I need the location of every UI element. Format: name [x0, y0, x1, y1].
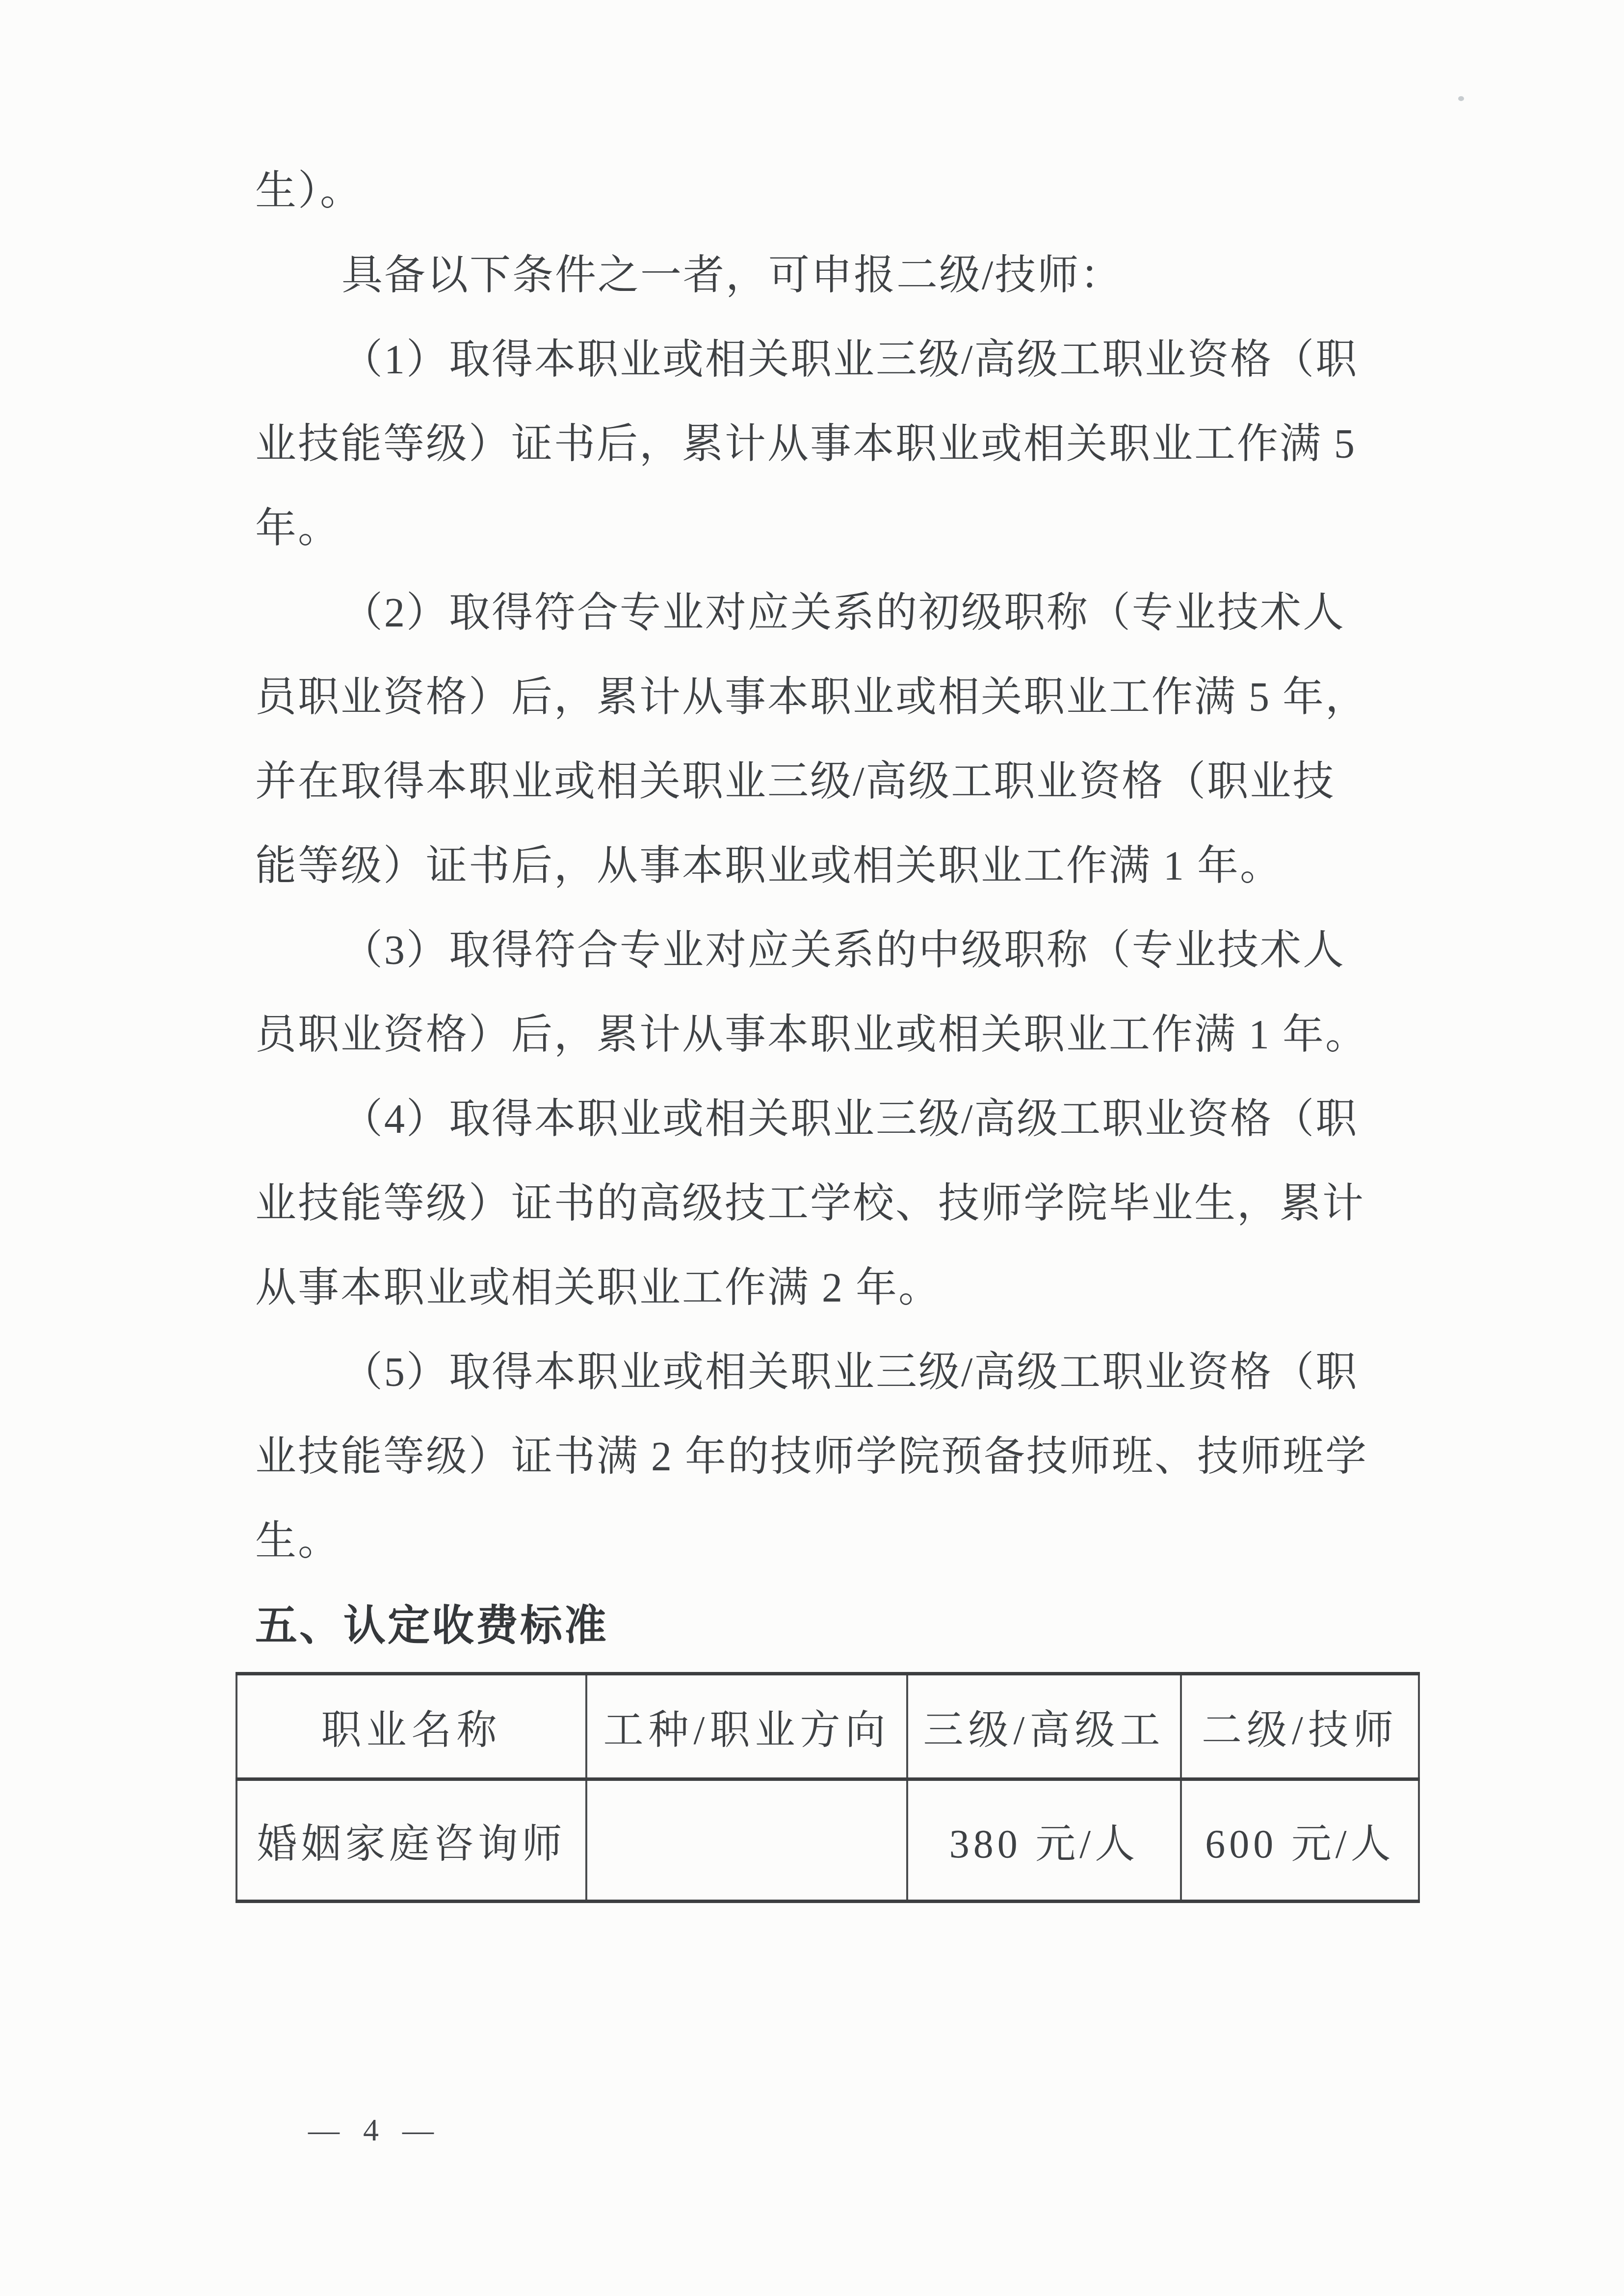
body-line: 业技能等级）证书满 2 年的技师学院预备技师班、技师班学 [255, 1415, 1374, 1499]
fee-table-header-direction: 工种/职业方向 [586, 1674, 907, 1779]
fee-table-header-level3: 三级/高级工 [907, 1674, 1181, 1779]
fee-cell-level3: 380 元/人 [907, 1779, 1181, 1902]
scan-speckle [1458, 96, 1464, 101]
body-line: 年。 [255, 487, 1374, 571]
body-line: 从事本职业或相关职业工作满 2 年。 [255, 1246, 1374, 1331]
fee-cell-occupation: 婚姻家庭咨询师 [236, 1779, 586, 1902]
body-line: 生）。 [255, 149, 1374, 234]
body-line: （1）取得本职业或相关职业三级/高级工职业资格（职 [255, 318, 1374, 402]
body-line: （5）取得本职业或相关职业三级/高级工职业资格（职 [255, 1331, 1374, 1415]
section-heading: 五、认定收费标准 [255, 1584, 1374, 1668]
body-line: 生。 [255, 1499, 1374, 1584]
body-line: 并在取得本职业或相关职业三级/高级工职业资格（职业技 [255, 740, 1374, 824]
body-line: 能等级）证书后，从事本职业或相关职业工作满 1 年。 [255, 824, 1374, 909]
fee-table-header-row: 职业名称 工种/职业方向 三级/高级工 二级/技师 [236, 1674, 1419, 1779]
body-line: 员职业资格）后，累计从事本职业或相关职业工作满 5 年， [255, 655, 1374, 740]
body-line: 业技能等级）证书的高级技工学校、技师学院毕业生，累计 [255, 1162, 1374, 1246]
page-number: — 4 — [308, 2114, 442, 2146]
body-line: （4）取得本职业或相关职业三级/高级工职业资格（职 [255, 1077, 1374, 1162]
body-line: （3）取得符合专业对应关系的中级职称（专业技术人 [255, 909, 1374, 993]
document-page: 生）。 具备以下条件之一者，可申报二级/技师： （1）取得本职业或相关职业三级/… [0, 0, 1624, 2296]
fee-table-row: 婚姻家庭咨询师 380 元/人 600 元/人 [236, 1779, 1419, 1902]
body-line: 员职业资格）后，累计从事本职业或相关职业工作满 1 年。 [255, 993, 1374, 1077]
fee-table: 职业名称 工种/职业方向 三级/高级工 二级/技师 婚姻家庭咨询师 380 元/… [236, 1672, 1420, 1903]
body-line: 具备以下条件之一者，可申报二级/技师： [255, 234, 1374, 318]
fee-table-header-occupation: 职业名称 [236, 1674, 586, 1779]
body-line: （2）取得符合专业对应关系的初级职称（专业技术人 [255, 571, 1374, 655]
body-line: 业技能等级）证书后，累计从事本职业或相关职业工作满 5 [255, 402, 1374, 487]
document-body: 生）。 具备以下条件之一者，可申报二级/技师： （1）取得本职业或相关职业三级/… [255, 149, 1374, 1903]
fee-table-header-level2: 二级/技师 [1181, 1674, 1419, 1779]
fee-cell-direction [586, 1779, 907, 1902]
fee-cell-level2: 600 元/人 [1181, 1779, 1419, 1902]
